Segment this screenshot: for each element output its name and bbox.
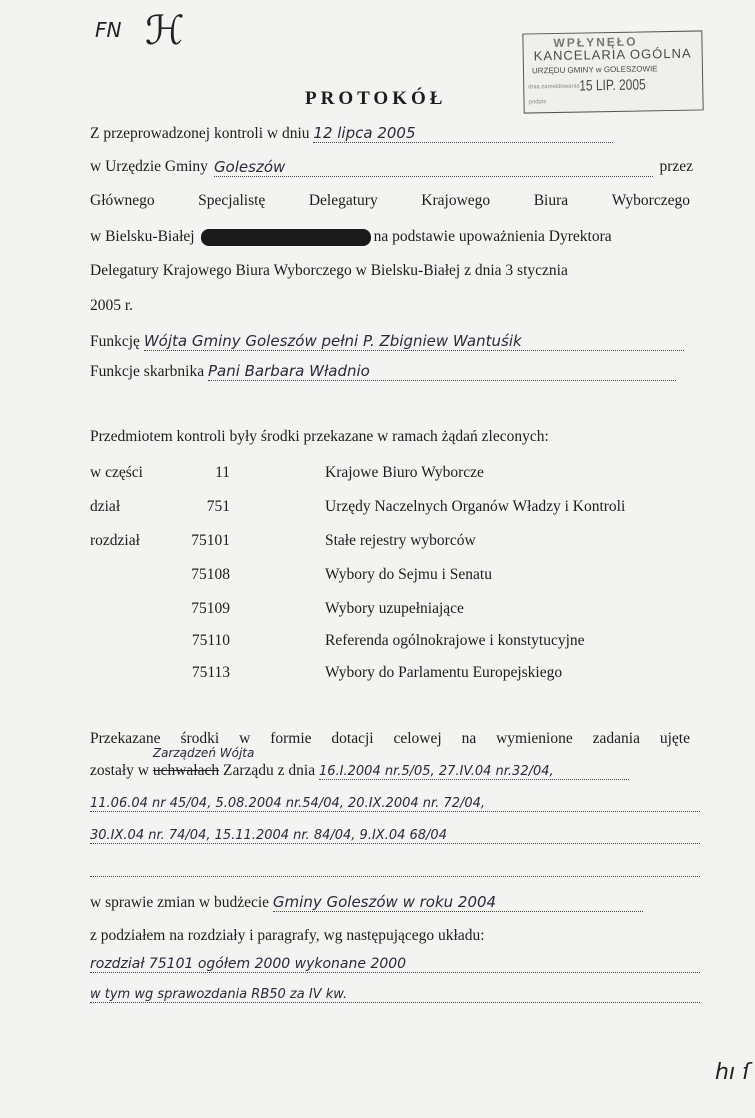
city-label: w Bielsku-Białej	[90, 228, 195, 245]
stamp-date-label: dnia zameldowania	[528, 84, 579, 91]
resolution-dates-3: 30.IX.04 nr. 74/04, 15.11.2004 nr. 84/04…	[90, 828, 700, 844]
row-description: Urzędy Naczelnych Organów Władzy i Kontr…	[325, 498, 625, 516]
row-description: Wybory do Parlamentu Europejskiego	[325, 664, 562, 682]
layout-entry-2: w tym wg sprawozdania RB50 za IV kw.	[90, 987, 700, 1003]
transfer-word: formie	[270, 730, 311, 748]
row-description: Referenda ogólnokrajowe i konstytucyjne	[325, 632, 585, 650]
handwritten-signature: ℋ	[145, 8, 185, 54]
delegation-line: Delegatury Krajowego Biura Wyborczego w …	[90, 262, 568, 280]
function-value: Wójta Gminy Goleszów pełni P. Zbigniew W…	[144, 332, 684, 351]
row-code: 75109	[180, 600, 230, 618]
page-title: PROTOKÓŁ	[305, 88, 446, 110]
row-description: Wybory uzupełniające	[325, 600, 464, 618]
inspector-word: Krajowego	[421, 192, 490, 210]
inspector-word: Specjalistę	[198, 192, 265, 210]
stamp-date: 15 LIP. 2005	[579, 76, 646, 94]
stamp-sign-label: podpis	[528, 99, 546, 105]
corner-signature: hı ſ	[715, 1060, 750, 1085]
transfer-word: wymienione	[496, 730, 573, 748]
transfer-line3: 11.06.04 nr 45/04, 5.08.2004 nr.54/04, 2…	[90, 794, 700, 812]
transfer-word: dotacji	[331, 730, 373, 748]
transfer-word: ujęte	[660, 730, 690, 748]
inspector-line: GłównegoSpecjalistęDelegaturyKrajowegoBi…	[90, 192, 690, 210]
row-label: w części	[90, 464, 143, 482]
row-label: dział	[90, 498, 120, 516]
transfer-word: Przekazane	[90, 730, 161, 748]
stamp-line3: URZĘDU GMINY w GOLESZOWIE	[532, 64, 658, 75]
transfer-word: na	[462, 730, 477, 748]
layout-line1: rozdział 75101 ogółem 2000 wykonane 2000	[90, 955, 700, 973]
resolution-dates-4	[90, 858, 700, 877]
office-label: w Urzędzie Gminy	[90, 158, 208, 177]
layout-heading: z podziałem na rozdziały i paragrafy, wg…	[90, 927, 485, 945]
transfer-word: celowej	[393, 730, 441, 748]
struck-word: uchwałach	[153, 762, 219, 779]
layout-line2: w tym wg sprawozdania RB50 za IV kw.	[90, 985, 700, 1003]
inspector-word: Wyborczego	[612, 192, 690, 210]
treasurer-label: Funkcje skarbnika	[90, 363, 204, 380]
control-date-value: 12 lipca 2005	[313, 124, 613, 143]
control-date-label: Z przeprowadzonej kontroli w dniu	[90, 125, 310, 142]
function-line: Funkcję Wójta Gminy Goleszów pełni P. Zb…	[90, 332, 684, 351]
office-suffix: przez	[659, 158, 693, 177]
year-line: 2005 r.	[90, 297, 133, 315]
subject-heading: Przedmiotem kontroli były środki przekaz…	[90, 428, 549, 446]
inspector-word: Delegatury	[309, 192, 378, 210]
row-code: 751	[180, 498, 230, 516]
row-code: 11	[180, 464, 230, 482]
authorization-text: na podstawie upoważnienia Dyrektora	[374, 228, 612, 245]
resolution-label: Zarządu z dnia	[223, 762, 315, 779]
stamp-line2: KANCELARIA OGÓLNA	[534, 46, 692, 64]
row-code: 75108	[180, 566, 230, 584]
control-date-line: Z przeprowadzonej kontroli w dniu 12 lip…	[90, 124, 613, 143]
redacted-name	[201, 229, 371, 246]
row-code: 75101	[180, 532, 230, 550]
treasurer-line: Funkcje skarbnika Pani Barbara Władnio	[90, 362, 676, 381]
row-description: Stałe rejestry wyborców	[325, 532, 476, 550]
function-label: Funkcję	[90, 333, 140, 350]
resolution-prefix: zostały w	[90, 762, 149, 779]
row-label: rozdział	[90, 532, 140, 550]
budget-line: w sprawie zmian w budżecie Gminy Goleszó…	[90, 893, 643, 912]
budget-value: Gminy Goleszów w roku 2004	[273, 893, 643, 912]
office-value: Goleszów	[214, 158, 654, 177]
layout-entry-1: rozdział 75101 ogółem 2000 wykonane 2000	[90, 956, 700, 973]
transfer-line5	[90, 858, 700, 882]
inspector-word: Głównego	[90, 192, 155, 210]
authorization-line: w Bielsku-Białejna podstawie upoważnieni…	[90, 228, 612, 246]
treasurer-value: Pani Barbara Władnio	[208, 362, 676, 381]
budget-label: w sprawie zmian w budżecie	[90, 894, 269, 911]
inserted-correction: Zarządzeń Wójta	[153, 746, 254, 760]
resolution-dates-1: 16.I.2004 nr.5/05, 27.IV.04 nr.32/04,	[319, 764, 629, 780]
row-code: 75110	[180, 632, 230, 650]
row-description: Krajowe Biuro Wyborcze	[325, 464, 484, 482]
resolution-dates-2: 11.06.04 nr 45/04, 5.08.2004 nr.54/04, 2…	[90, 796, 700, 812]
row-code: 75113	[180, 664, 230, 682]
transfer-line4: 30.IX.04 nr. 74/04, 15.11.2004 nr. 84/04…	[90, 826, 700, 844]
office-line: w Urzędzie Gminy Goleszów przez	[90, 158, 693, 177]
transfer-line2: zostały w uchwałach Zarządzeń Wójta Zarz…	[90, 762, 629, 780]
inspector-word: Biura	[534, 192, 568, 210]
handwritten-note: FN	[95, 18, 121, 42]
receipt-stamp: WPŁYNĘŁO KANCELARIA OGÓLNA URZĘDU GMINY …	[522, 30, 703, 113]
transfer-word: zadania	[593, 730, 640, 748]
row-description: Wybory do Sejmu i Senatu	[325, 566, 492, 584]
